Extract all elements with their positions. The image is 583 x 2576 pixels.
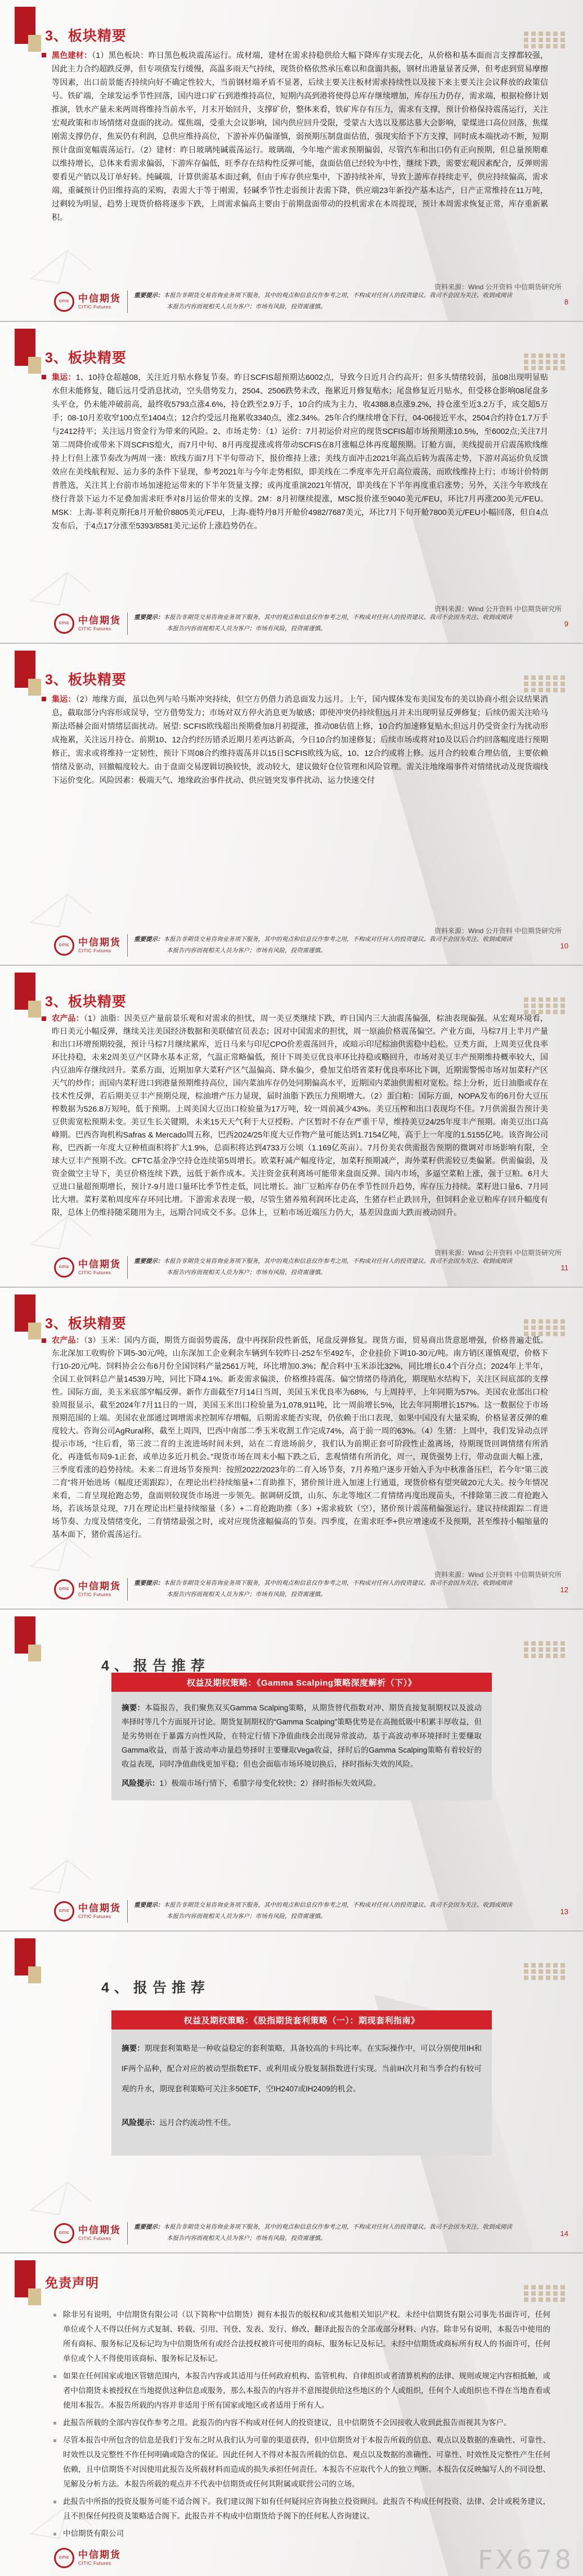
report-card-title: 权益及期权策略：《Gamma Scalping策略深度解析（下）》 [111,1673,492,1692]
citic-emblem-icon: CITIC [54,613,74,634]
disclaimer-text: 此报告中所指的投资及服务可能不适合阁下。我们建议阁下如有任何疑问应咨询独立投资顾… [63,2497,550,2520]
notice-line1: 本报告非期货交易咨询业务项下服务，其中的观点和信息仅作参考之用，不构成对任何人的… [164,1258,513,1265]
slide-sector-agri-2: 3、板块精要 农产品：（3）玉米：国内方面，期货方面弱势震荡，盘中再探阶段性新低… [0,1288,583,1610]
paper-plane-icon [28,239,96,290]
disclaimer-item: 中信期货有限公司 [52,2526,550,2541]
disclaimer-text: 如果在任何国家或地区管辖范围内，本报告内容或其适用与任何政府机构、监管机构、自律… [63,2372,550,2409]
brand-name-en: CITIC Futures [78,626,121,631]
page-title: 4、报告推荐 [101,1655,210,1675]
notice-line1: 本报告非期货交易咨询业务项下服务，其中的观点和信息仅作参考之用，不构成对任何人的… [164,1580,513,1587]
citic-emblem-icon: CITIC [54,1579,74,1600]
disclaimer-text: 此报告所载的全部内容仅作参考之用。此报告的内容不构成对任何人的投资建议，且中信期… [63,2418,512,2427]
page-title: 3、板块精要 [45,669,127,689]
footer-divider [127,934,128,957]
brand-name-en: CITIC Futures [78,1592,121,1597]
important-notice: 重要提示：本报告非期货交易咨询业务项下服务，其中的观点和信息仅作参考之用，不构成… [134,1578,512,1601]
abstract-label: 摘要： [122,2044,145,2053]
important-notice: 重要提示：本报告非期货交易咨询业务项下服务，其中的观点和信息仅作参考之用，不构成… [134,2222,512,2245]
report-abstract: 摘要：期现套利策略是一种收益稳定的套利策略，具备较高的卡玛比率。在实际操作中，可… [122,2039,482,2099]
bullet-dot-icon [53,2422,56,2425]
important-notice: 重要提示：本报告非期货交易咨询业务项下服务，其中的观点和信息仅作参考之用，不构成… [134,1900,512,1923]
important-notice: 重要提示：本报告非期货交易咨询业务项下服务，其中的观点和信息仅作参考之用，不构成… [134,1256,512,1279]
citic-logo: CITIC 中信期货CITIC Futures [54,935,121,956]
notice-line1: 本报告非期货交易咨询业务项下服务，其中的观点和信息仅作参考之用，不构成对任何人的… [164,1902,513,1909]
page-title: 3、板块精要 [45,991,127,1011]
notice-line1: 本报告非期货交易咨询业务项下服务，其中的观点和信息仅作参考之用，不构成对任何人的… [164,2224,513,2230]
sector-paragraph: 集运：（2）地缘方面，虽以色列与哈马斯冲突持续，但空方仍借力消息面发力远月。上午… [52,692,548,787]
citic-logo: CITIC 中信期货CITIC Futures [54,1901,121,1921]
disclaimer-item: 除非另有说明，中信期货有限公司（以下简称“中信期货）拥有本报告的版权和/或其他相… [52,2308,550,2366]
report-risk: 风险提示：1）极端市场行情下，希腊字母变化较快；2）择时指标失效风险。 [122,1776,482,1790]
footer: CITIC 中信期货CITIC Futures 重要提示：本报告非期货交易咨询业… [54,286,568,317]
brand-name-en: CITIC Futures [78,2235,121,2241]
slide-report-gamma-scalping: 4、报告推荐 权益及期权策略：《Gamma Scalping策略深度解析（下）》… [0,1610,583,1932]
citic-logo: CITIC 中信期货CITIC Futures [54,1579,121,1600]
page-number: 8 [564,298,568,306]
brand-name-en: CITIC Futures [78,304,121,310]
tan-square-decoration [28,679,41,696]
citic-emblem-icon: CITIC [54,1901,74,1921]
brand-name-en: CITIC Futures [78,1270,121,1275]
bullet-dot-icon [53,2314,56,2317]
citic-logo: CITIC 中信期货CITIC Futures [54,2223,121,2243]
footer: CITIC 中信期货CITIC Futures [54,2548,121,2568]
footer: CITIC 中信期货CITIC Futures 重要提示：本报告非期货交易咨询业… [54,2217,568,2249]
bullet-square-icon [42,375,46,379]
bullet-square-icon [42,53,46,57]
notice-line1: 本报告非期货交易咨询业务项下服务，其中的观点和信息仅作参考之用，不构成对任何人的… [164,615,513,621]
brand-name-en: CITIC Futures [78,1914,121,1919]
footer: CITIC 中信期货CITIC Futures 重要提示：本报告非期货交易咨询业… [54,930,568,961]
brand-name-cn: 中信期货 [78,294,121,304]
dot-grid-icon [524,1963,565,1980]
abstract-label: 摘要： [122,1704,145,1712]
bullet-square-icon [42,697,46,701]
page-title: 3、板块精要 [45,347,127,367]
tan-square-decoration [28,357,41,374]
page-title: 3、板块精要 [45,25,127,45]
notice-label: 重要提示： [134,1902,164,1909]
tan-square-decoration [28,1001,41,1018]
disclaimer-text: 除非另有说明，中信期货有限公司（以下简称“中信期货）拥有本报告的版权和/或其他相… [63,2310,550,2363]
citic-logo: CITIC 中信期货CITIC Futures [54,292,121,312]
slide-sector-shipping-2: 3、板块精要 集运：（2）地缘方面，虽以色列与哈马斯冲突持续，但空方仍借力消息面… [0,644,583,966]
important-notice: 重要提示：本报告非期货交易咨询业务项下服务，其中的观点和信息仅作参考之用，不构成… [134,934,512,957]
notice-line1: 本报告非期货交易咨询业务项下服务，其中的观点和信息仅作参考之用，不构成对任何人的… [164,293,513,299]
report-card: 权益及期权策略：《股指期货套利策略（一）：期现套利指南》 摘要：期现套利策略是一… [111,2010,492,2156]
brand-name-en: CITIC Futures [78,2560,121,2566]
footer-divider [127,290,128,313]
paper-plane-icon [28,561,96,612]
disclaimer-item: 如果在任何国家或地区管辖范围内，本报告内容或其适用与任何政府机构、监管机构、自律… [52,2369,550,2413]
notice-line2: 本报告内容而视相关人员为客户；市场有风险，投资需谨慎。 [167,302,326,313]
brand-name-cn: 中信期货 [78,1903,121,1914]
citic-emblem-icon: CITIC [54,2548,74,2568]
paper-plane-icon [28,2171,96,2221]
notice-label: 重要提示： [134,293,164,299]
bullet-square-icon [42,1016,46,1021]
citic-logo: CITIC 中信期货CITIC Futures [54,2548,121,2568]
sector-body: （1）黑色板块：昨日黑色板块震荡运行。成材端，建材在需求持稳供给大幅下降库存实现… [52,51,548,222]
brand-name-cn: 中信期货 [78,2225,121,2236]
footer-divider [127,1578,128,1601]
bullet-dot-icon [53,2501,56,2503]
footer: CITIC 中信期货CITIC Futures 重要提示：本报告非期货交易咨询业… [54,608,568,639]
fx678-watermark: FX678 [478,2544,574,2575]
sector-body: （3）玉米：国内方面，期货方面弱势震荡，盘中再探阶段性新低，尾盘反弹修复。现货方… [52,1336,548,1539]
slide-disclaimer: 免责声明 除非另有说明，中信期货有限公司（以下简称“中信期货）拥有本报告的版权和… [0,2254,583,2576]
notice-line2: 本报告内容而视相关人员为客户；市场有风险，投资需谨慎。 [167,2233,326,2245]
sector-body: 1、10持仓超越08，关注近月贴水修复节奏。昨日SCFIS超预期达6002点，导… [52,373,548,530]
disclaimer-item: 此报告所载的全部内容仅作参考之用。此报告的内容不构成对任何人的投资建议，且中信期… [52,2416,550,2430]
abstract-text: 期现套利策略是一种收益稳定的套利策略，具备较高的卡玛比率。在实际操作中，可以分别… [122,2044,482,2093]
risk-label: 风险提示： [122,2118,160,2127]
footer: CITIC 中信期货CITIC Futures 重要提示：本报告非期货交易咨询业… [54,1574,568,1605]
brand-name-en: CITIC Futures [78,948,121,953]
risk-label: 风险提示： [122,1779,160,1787]
report-risk: 风险提示：远月合约流动性不佳。 [122,2113,482,2133]
bullet-dot-icon [53,2439,56,2442]
report-abstract: 摘要：本篇报告，我们聚焦双买Gamma Scalping策略，从期货替代指数对冲… [122,1701,482,1771]
tan-square-decoration [28,35,41,52]
risk-text: 远月合约流动性不佳。 [160,2118,236,2127]
sector-label: 农产品： [52,1336,84,1345]
tan-square-decoration [28,2288,41,2305]
sector-label: 集运： [52,695,76,704]
brand-name-cn: 中信期货 [78,616,121,626]
citic-emblem-icon: CITIC [54,1257,74,1278]
page-title: 3、板块精要 [45,1312,127,1333]
sector-body: （1）油脂：因美豆产量前景乐观和对需求的担忧，周一美豆类继续下跌，昨日国内三大油… [52,1014,548,1217]
slide-sector-black-materials: 3、板块精要 黑色建材：（1）黑色板块：昨日黑色板块震荡运行。成材端，建材在需求… [0,0,583,322]
page-number: 12 [560,1585,568,1594]
dot-grid-icon [524,675,565,692]
page-number: 14 [560,2229,568,2238]
citic-emblem-icon: CITIC [54,2223,74,2243]
dot-grid-icon [524,32,565,48]
abstract-text: 本篇报告，我们聚焦双买Gamma Scalping策略，从期货替代指数对冲、期货… [122,1704,482,1768]
footer-divider [127,612,128,635]
notice-line2: 本报告内容而视相关人员为客户；市场有风险，投资需谨慎。 [167,946,326,957]
dot-grid-icon [524,1641,565,1658]
footer: CITIC 中信期货CITIC Futures 重要提示：本报告非期货交易咨询业… [54,1252,568,1283]
sector-label: 集运： [52,373,76,382]
report-card-title: 权益及期权策略：《股指期货套利策略（一）：期现套利指南》 [111,2010,492,2030]
tan-square-decoration [28,1323,41,1339]
citic-emblem-icon: CITIC [54,292,74,312]
sector-paragraph: 黑色建材：（1）黑色板块：昨日黑色板块震荡运行。成材端，建材在需求持稳供给大幅下… [52,48,548,224]
footer-divider [127,1256,128,1279]
disclaimer-text: 中信期货有限公司 [63,2529,124,2538]
paper-plane-icon [28,883,96,934]
citic-logo: CITIC 中信期货CITIC Futures [54,613,121,634]
bullet-dot-icon [53,2375,56,2378]
citic-logo: CITIC 中信期货CITIC Futures [54,1257,121,1278]
page-number: 13 [560,1907,568,1916]
slide-sector-agri-1: 3、板块精要 农产品：（1）油脂：因美豆产量前景乐观和对需求的担忧，周一美豆类继… [0,966,583,1288]
footer-divider [127,1900,128,1923]
notice-line2: 本报告内容而视相关人员为客户；市场有风险，投资需谨慎。 [167,1911,326,1923]
notice-line1: 本报告非期货交易咨询业务项下服务，其中的观点和信息仅作参考之用，不构成对任何人的… [164,937,513,943]
page-number: 11 [561,1264,569,1272]
brand-name-cn: 中信期货 [78,2550,121,2561]
bullet-square-icon [42,1338,46,1343]
tan-square-decoration [28,1966,41,1983]
dot-grid-icon [524,2285,565,2302]
important-notice: 重要提示：本报告非期货交易咨询业务项下服务，其中的观点和信息仅作参考之用，不构成… [134,290,512,313]
disclaimer-item: 尽管本报告中所包含的信息是我们于发布之时从我们认为可靠的渠道获得，但中信期货对于… [52,2433,550,2492]
slide-sector-shipping-1: 3、板块精要 集运：1、10持仓超越08，关注近月贴水修复节奏。昨日SCFIS超… [0,322,583,644]
brand-name-cn: 中信期货 [78,1260,121,1270]
report-card: 权益及期权策略：《Gamma Scalping策略深度解析（下）》 摘要：本篇报… [111,1673,492,1800]
tan-square-decoration [28,1645,41,1661]
notice-line2: 本报告内容而视相关人员为客户；市场有风险，投资需谨慎。 [167,624,326,635]
paper-plane-icon [28,1849,96,1899]
disclaimer-list: 除非另有说明，中信期货有限公司（以下简称“中信期货）拥有本报告的版权和/或其他相… [52,2308,550,2544]
footer-divider [127,2222,128,2245]
brand-name-cn: 中信期货 [78,938,121,948]
citic-emblem-icon: CITIC [54,935,74,956]
brand-name-cn: 中信期货 [78,1582,121,1592]
footer: CITIC 中信期货CITIC Futures 重要提示：本报告非期货交易咨询业… [54,1896,568,1927]
page-title: 4、报告推荐 [101,1977,210,1997]
bullet-dot-icon [53,2533,56,2535]
sector-paragraph: 农产品：（3）玉米：国内方面，期货方面弱势震荡，盘中再探阶段性新低，尾盘反弹修复… [52,1334,548,1541]
page-number: 9 [564,620,568,628]
report-card-body: 摘要：本篇报告，我们聚焦双买Gamma Scalping策略，从期货替代指数对冲… [111,1692,492,1800]
sector-body: （2）地缘方面，虽以色列与哈马斯冲突持续，但空方仍借力消息面发力远月。上午，国内… [52,695,548,785]
sector-label: 农产品： [52,1014,84,1023]
slide-report-arbitrage-guide: 4、报告推荐 权益及期权策略：《股指期货套利策略（一）：期现套利指南》 摘要：期… [0,1932,583,2254]
dot-grid-icon [524,353,565,370]
disclaimer-item: 此报告中所指的投资及服务可能不适合阁下。我们建议阁下如有任何疑问应咨询独立投资顾… [52,2494,550,2524]
important-notice: 重要提示：本报告非期货交易咨询业务项下服务，其中的观点和信息仅作参考之用，不构成… [134,612,512,635]
disclaimer-text: 尽管本报告中所包含的信息是我们于发布之时从我们认为可靠的渠道获得，但中信期货对于… [63,2436,550,2488]
page-title: 免责声明 [45,2273,99,2291]
notice-label: 重要提示： [134,937,164,943]
notice-label: 重要提示： [134,1580,164,1587]
sector-label: 黑色建材： [52,51,92,60]
notice-label: 重要提示： [134,2224,164,2230]
sector-paragraph: 集运：1、10持仓超越08，关注近月贴水修复节奏。昨日SCFIS超预期达6002… [52,370,548,532]
risk-text: 1）极端市场行情下，希腊字母变化较快；2）择时指标失效风险。 [160,1779,381,1787]
notice-line2: 本报告内容而视相关人员为客户；市场有风险，投资需谨慎。 [167,1589,326,1601]
notice-label: 重要提示： [134,615,164,621]
notice-label: 重要提示： [134,1258,164,1265]
notice-line2: 本报告内容而视相关人员为客户；市场有风险，投资需谨慎。 [167,1267,326,1279]
page-number: 10 [560,942,568,950]
report-card-body: 摘要：期现套利策略是一种收益稳定的套利策略，具备较高的卡玛比率。在实际操作中，可… [111,2030,492,2156]
sector-paragraph: 农产品：（1）油脂：因美豆产量前景乐观和对需求的担忧，周一美豆类继续下跌，昨日国… [52,1012,548,1219]
